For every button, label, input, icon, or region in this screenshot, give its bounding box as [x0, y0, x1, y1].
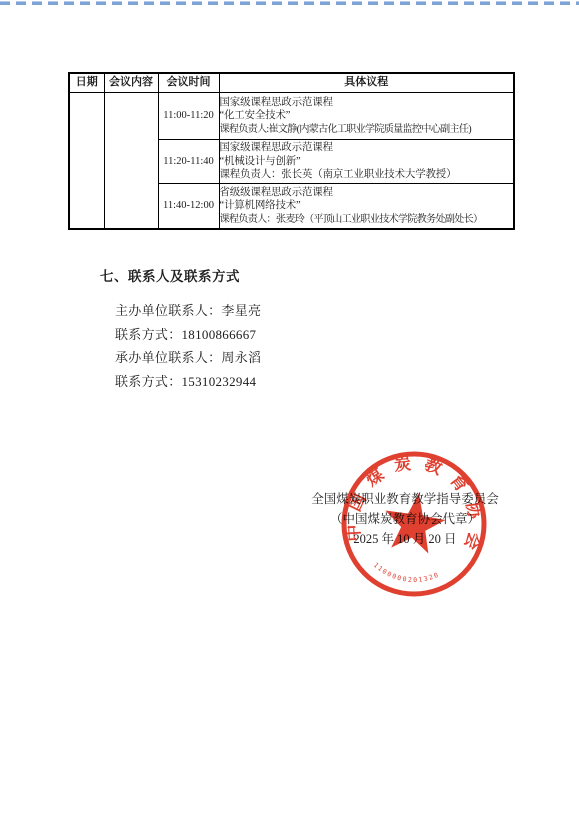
agenda-line: 课程负责人:崔文静(内蒙古化工职业学院质量监控中心副主任): [220, 123, 514, 137]
contact-line-host-person: 主办单位联系人：李星亮: [115, 299, 261, 323]
contact-line-host-phone: 联系方式：18100866667: [115, 323, 261, 347]
table-row: 11:00-11:20 国家级课程思政示范课程 “化工安全技术” 课程负责人:崔…: [69, 93, 514, 140]
agenda-line: 课程负责人：张麦玲（平顶山工业职业技术学院教务处副处长）: [220, 213, 514, 227]
agenda-cell: 国家级课程思政示范课程 “机械设计与创新” 课程负责人：张长英（南京工业职业技术…: [219, 140, 514, 184]
signature-on-behalf: （中国煤炭教育协会代章）: [289, 509, 521, 529]
svg-text:1100000201320: 1100000201320: [370, 560, 442, 589]
agenda-line: “计算机网络技术”: [220, 199, 514, 213]
column-header-date: 日期: [69, 73, 104, 93]
signature-block: 全国煤炭职业教育教学指导委员会 （中国煤炭教育协会代章） 2025 年 10 月…: [289, 489, 521, 549]
agenda-cell: 省级级课程思政示范课程 “计算机网络技术” 课程负责人：张麦玲（平顶山工业职业技…: [219, 184, 514, 229]
page-top-dashed-border: [0, 1, 579, 5]
agenda-cell: 国家级课程思政示范课程 “化工安全技术” 课程负责人:崔文静(内蒙古化工职业学院…: [219, 93, 514, 140]
time-cell: 11:40-12:00: [158, 184, 219, 229]
content-cell-empty: [104, 93, 158, 229]
agenda-line: 课程负责人：张长英（南京工业职业技术大学教授）: [220, 168, 514, 182]
seal-code-text: 1100000201320: [370, 560, 442, 589]
document-page: 日期 会议内容 会议时间 具体议程 11:00-11:20 国家级课程思政示范课…: [0, 0, 579, 819]
column-header-content: 会议内容: [104, 73, 158, 93]
signature-date: 2025 年 10 月 20 日: [289, 529, 521, 549]
column-header-agenda: 具体议程: [219, 73, 514, 93]
agenda-line: 国家级课程思政示范课程: [220, 96, 514, 110]
date-cell-empty: [69, 93, 104, 229]
contact-line-organizer-phone: 联系方式：15310232944: [115, 370, 261, 394]
time-cell: 11:20-11:40: [158, 140, 219, 184]
contact-line-organizer-person: 承办单位联系人：周永滔: [115, 346, 261, 370]
time-cell: 11:00-11:20: [158, 93, 219, 140]
meeting-schedule-table: 日期 会议内容 会议时间 具体议程 11:00-11:20 国家级课程思政示范课…: [68, 72, 515, 230]
section-heading-contacts: 七、联系人及联系方式: [100, 265, 240, 285]
agenda-line: “化工安全技术”: [220, 109, 514, 123]
signature-org-name: 全国煤炭职业教育教学指导委员会: [289, 489, 521, 509]
table-header-row: 日期 会议内容 会议时间 具体议程: [69, 73, 514, 93]
agenda-line: 省级级课程思政示范课程: [220, 186, 514, 200]
agenda-line: “机械设计与创新”: [220, 155, 514, 169]
contact-info-block: 主办单位联系人：李星亮 联系方式：18100866667 承办单位联系人：周永滔…: [115, 299, 261, 393]
agenda-line: 国家级课程思政示范课程: [220, 141, 514, 155]
column-header-time: 会议时间: [158, 73, 219, 93]
